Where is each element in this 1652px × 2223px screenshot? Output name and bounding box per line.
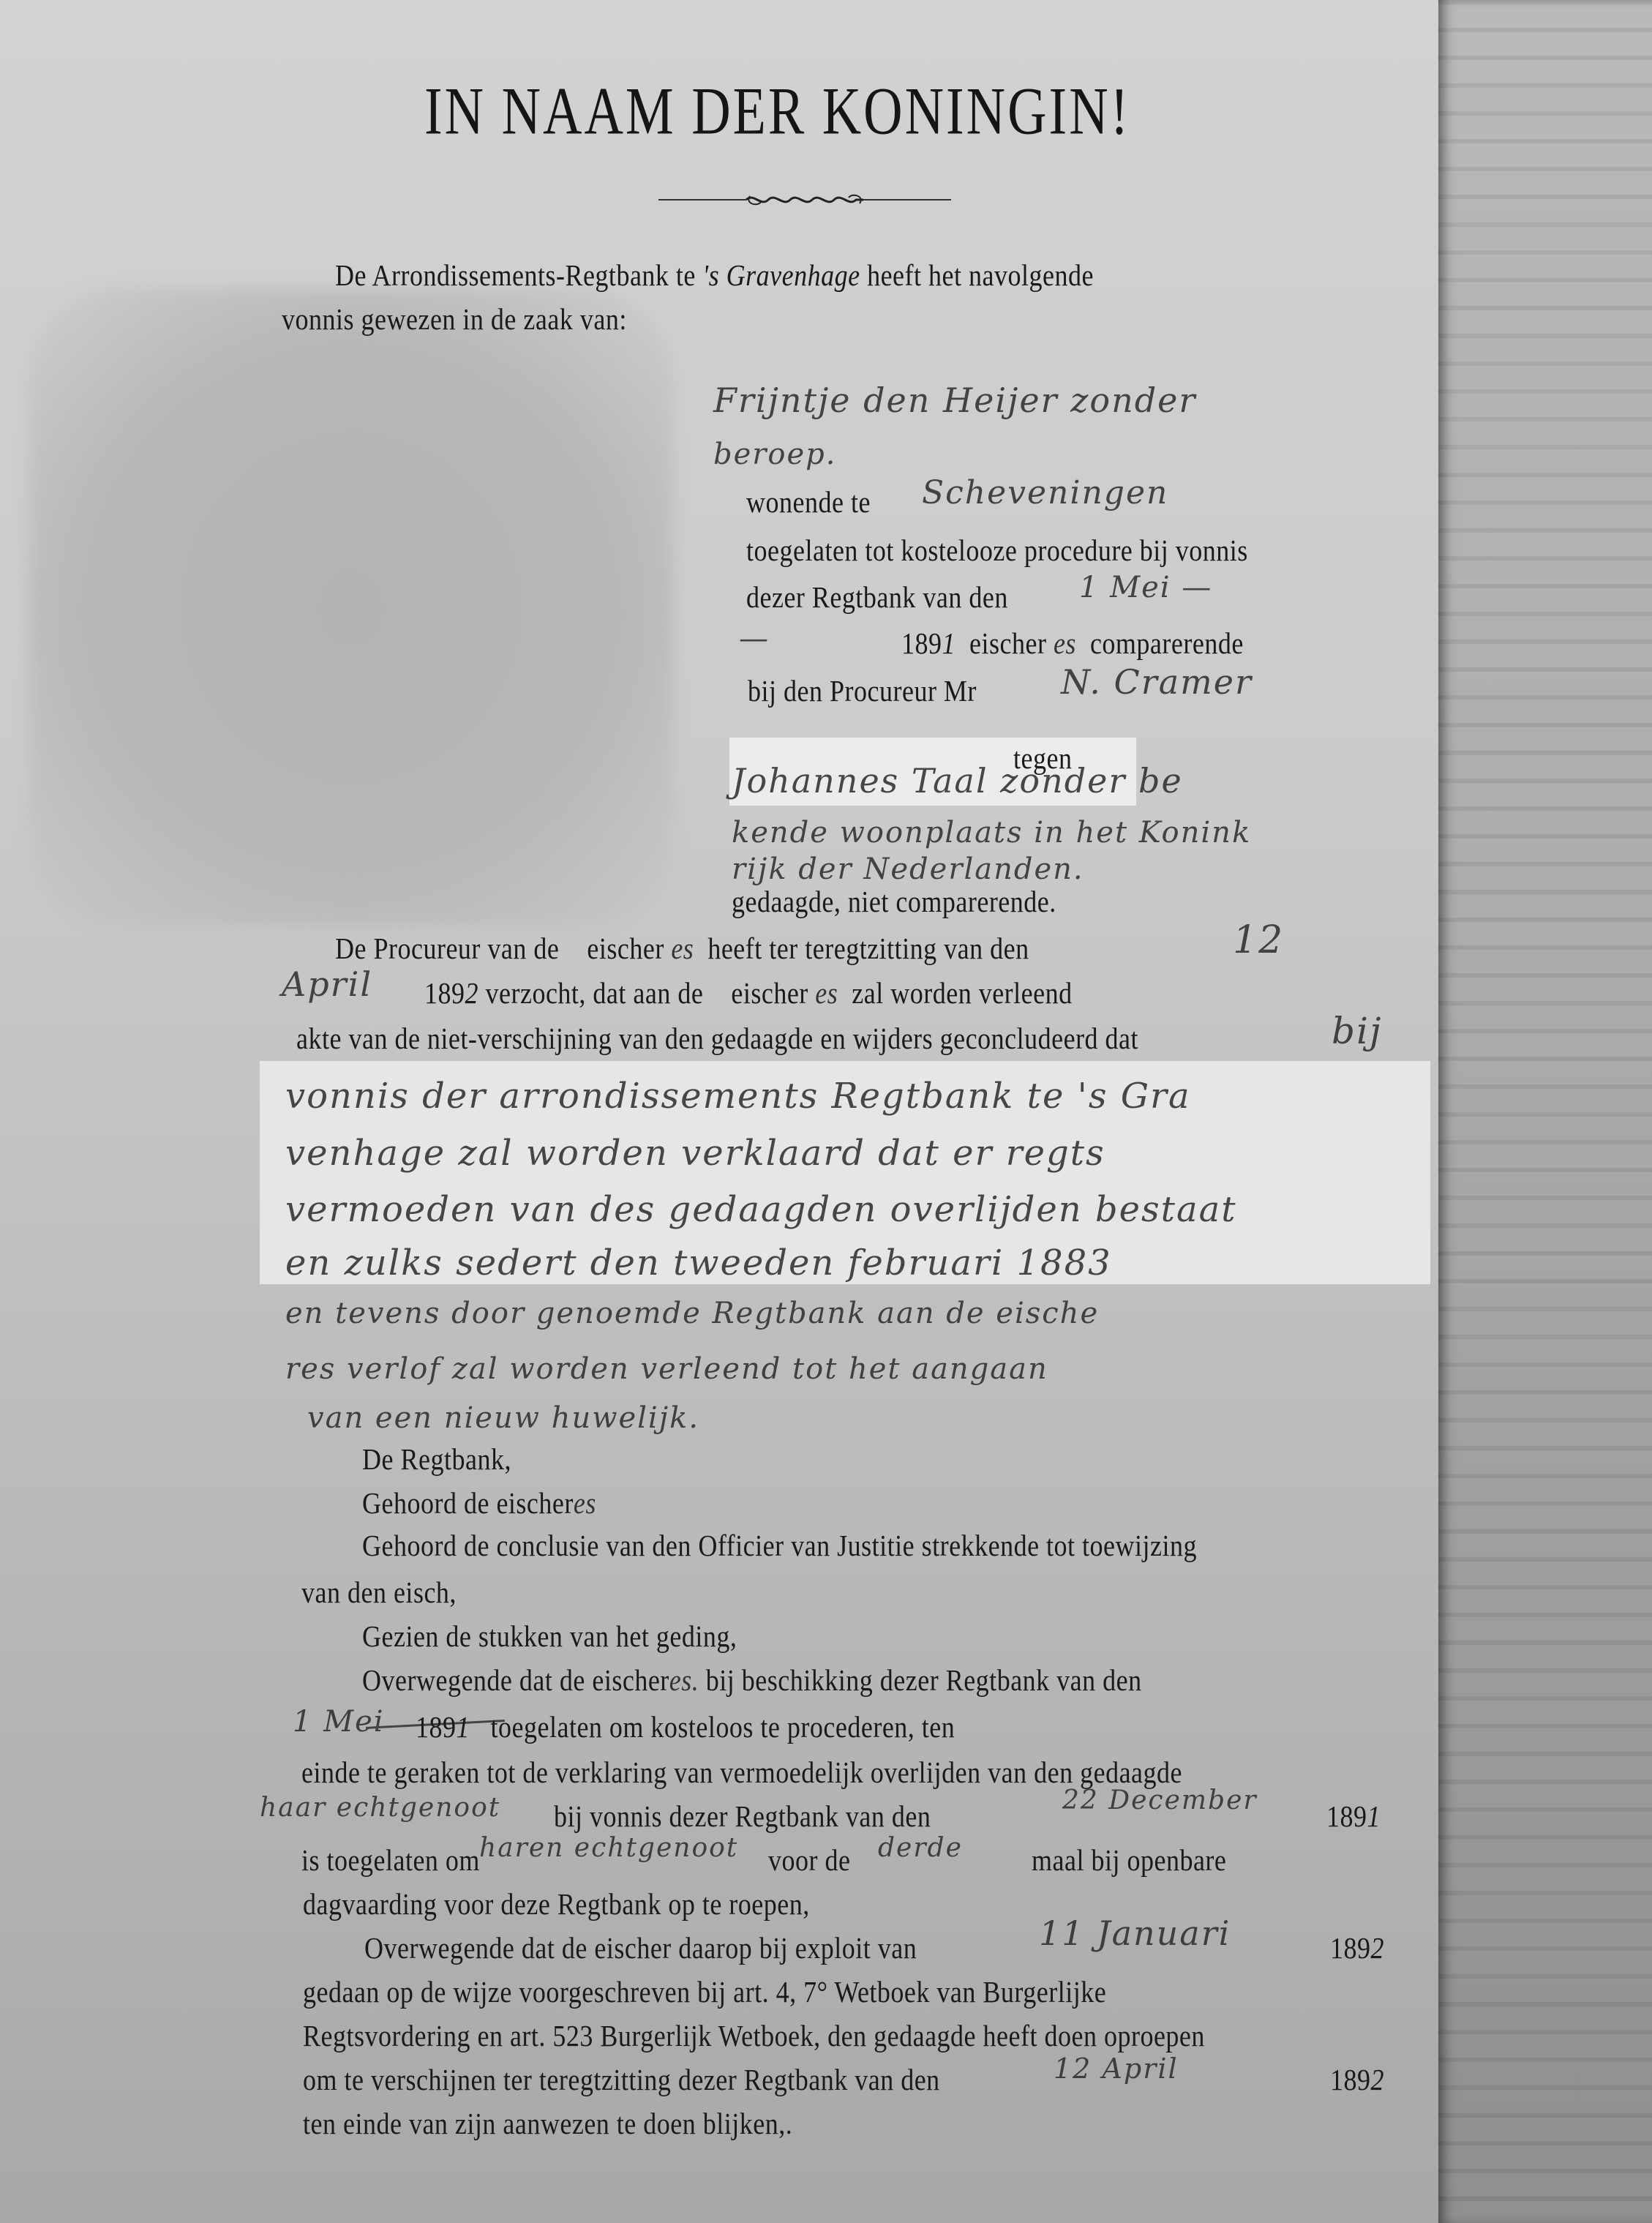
wonende-label: wonende te [746, 484, 871, 520]
voor-de: voor de [768, 1842, 850, 1878]
einde-line: einde te geraken tot de verklaring van v… [301, 1755, 1182, 1790]
defendant-hw-3: rijk der Nederlanden. [732, 852, 1084, 886]
date5-hw: 12 April [1054, 2053, 1179, 2085]
request-line-1: De Procureur van de eischer es heeft ter… [335, 931, 1029, 966]
plaintiff-name-hw-2: beroep. [713, 438, 836, 471]
document-heading: IN NAAM DER KONINGIN! [424, 73, 1193, 151]
background-surface [1438, 0, 1652, 2223]
conclusion-hw-2: venhage zal worden verklaard dat er regt… [285, 1133, 1105, 1174]
ten-einde-line: ten einde van zijn aanwezen te doen blij… [303, 2106, 792, 2141]
bij-vonnis-line: bij vonnis dezer Regtbank van den [554, 1799, 931, 1834]
gehoord-eischer: Gehoord de eischeres [362, 1485, 596, 1521]
request-month-hw: April [282, 964, 372, 1004]
residence-hw: Scheveningen [922, 474, 1168, 511]
overwegende-2: Overwegende dat de eischer daarop bij ex… [364, 1930, 917, 1965]
defendant-status: gedaagde, niet comparerende. [732, 884, 1056, 919]
plaintiff-name-hw-1: Frijntje den Heijer zonder [713, 381, 1196, 420]
dash-hw: — [739, 622, 770, 656]
regtsvordering-line: Regtsvordering en art. 523 Burgerlijk We… [303, 2018, 1205, 2053]
intro-line-1: De Arrondissements-Regtbank te 's Graven… [335, 258, 1094, 293]
conclusion-hw-5: en tevens door genoemde Regtbank aan de … [285, 1297, 1099, 1330]
year5: 1892 [1330, 2062, 1384, 2097]
date2-hw: 1 Mei [293, 1705, 385, 1739]
intro-line-2: vonnis gewezen in de zaak van: [282, 301, 627, 337]
conclusion-hw-3: vermoeden van des gedaagden overlijden b… [285, 1189, 1236, 1230]
procureur-name-hw: N. Cramer [1061, 662, 1253, 702]
de-regtbank: De Regtbank, [362, 1442, 511, 1477]
van-den-eisch: van den eisch, [301, 1575, 457, 1610]
year3: 1891 [1326, 1799, 1381, 1834]
document-page: IN NAAM DER KONINGIN! De Arrondissements… [0, 0, 1438, 2223]
dezer-regtbank-label: dezer Regtbank van den [746, 580, 1008, 615]
dagvaarding-line: dagvaarding voor deze Regtbank op te roe… [303, 1886, 810, 1922]
conclusion-hw-7: van een nieuw huwelijk. [307, 1401, 699, 1435]
redacted-area [29, 289, 673, 926]
conclusion-hw-6: res verlof zal worden verleend tot het a… [285, 1352, 1048, 1386]
conclusion-hw-4: en zulks sedert den tweeden februari 188… [285, 1242, 1112, 1283]
defendant-hw-2: kende woonplaats in het Konink [732, 816, 1251, 850]
request-line-3: akte van de niet-verschijning van den ge… [296, 1021, 1138, 1056]
conclusion-hw-1: vonnis der arrondissements Regtbank te '… [285, 1076, 1191, 1117]
procureur-label: bij den Procureur Mr [748, 673, 977, 708]
request-day-hw: 12 [1233, 918, 1284, 962]
haar-echtgenoot-hw: haar echtgenoot [260, 1793, 500, 1823]
gezien: Gezien de stukken van het geding, [362, 1619, 737, 1654]
toegelaten-line: toegelaten tot kostelooze procedure bij … [746, 533, 1248, 568]
ornament-divider-icon [658, 189, 951, 211]
admission-date-hw: 1 Mei — [1079, 571, 1212, 604]
is-toegelaten: is toegelaten om [301, 1842, 480, 1878]
toegelaten-2: 1891 toegelaten om kosteloos te proceder… [416, 1709, 955, 1744]
derde-hw: derde [878, 1833, 963, 1863]
gehoord-conclusie: Gehoord de conclusie van den Officier va… [362, 1528, 1197, 1563]
date4-hw: 11 Januari [1039, 1913, 1231, 1953]
year-line: 1891 eischer es comparerende [901, 626, 1244, 661]
maal-line: maal bij openbare [1032, 1842, 1226, 1878]
request-bij-hw: bij [1332, 1010, 1383, 1052]
om-te-line: om te verschijnen ter teregtzitting deze… [303, 2062, 940, 2097]
defendant-hw-1: Johannes Taal zonder be [732, 761, 1183, 801]
year4: 1892 [1330, 1930, 1384, 1965]
date3-hw: 22 December [1062, 1785, 1258, 1815]
overwegende-1: Overwegende dat de eischeres. bij beschi… [362, 1662, 1142, 1698]
gedaan-line: gedaan op de wijze voorgeschreven bij ar… [303, 1974, 1106, 2009]
request-line-2: 1892 verzocht, dat aan de eischer es zal… [424, 975, 1073, 1011]
haar-echtgenoot2-hw: haren echtgenoot [479, 1833, 738, 1863]
